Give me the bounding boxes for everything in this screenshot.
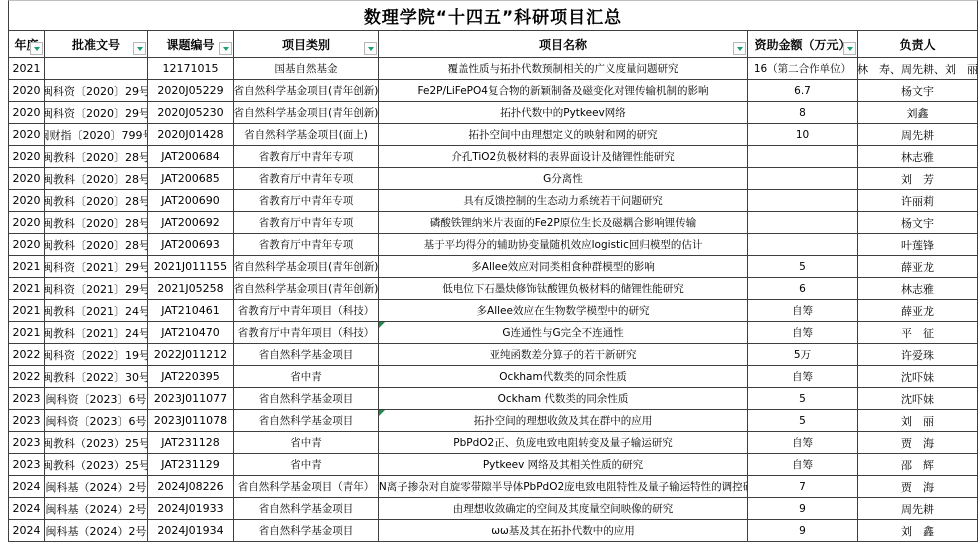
cell-text: 自筹 [792,435,813,450]
spreadsheet: 数理学院“十四五”科研项目汇总 年度批准文号课题编号项目类别项目名称资助金额（万… [8,0,978,542]
cell-text: 贾 海 [901,435,934,451]
cell-text: 平 征 [901,325,934,341]
cell-doc[interactable]: 闽科资〔2022〕19号 [45,344,148,366]
cell-text: 多Allee效应在生物数学模型中的研究 [477,303,650,318]
cell-text: 省中青 [290,435,322,450]
cell-name[interactable]: 磷酸铁锂纳米片表面的Fe2P原位生长及磁耦合影响锂传输 [379,212,748,234]
cell-text: 具有反馈控制的生态动力系统若干问题研究 [463,193,663,208]
cell-person[interactable]: 平 征 [858,322,977,344]
cell-text: 自筹 [792,325,813,340]
cell-text: JAT200690 [161,194,219,207]
cell-text: 2024 [13,502,41,515]
cell-name[interactable]: 具有反馈控制的生态动力系统若干问题研究 [379,190,748,212]
cell-text: 亚纯函数差分算子的若干新研究 [490,347,637,362]
cell-doc[interactable]: 闽科资〔2020〕29号 [45,80,148,102]
cell-amount[interactable]: 自筹 [748,366,858,388]
cell-doc[interactable]: 闽教科（2023）25号 [45,432,148,454]
cell-person[interactable]: 贾 海 [858,432,977,454]
cell-name[interactable]: 亚纯函数差分算子的若干新研究 [379,344,748,366]
cell-text: 2020 [13,84,41,97]
cell-text: 低电位下石墨炔修饰钛酸锂负极材料的储锂性能研究 [442,281,684,296]
cell-amount[interactable]: 9 [748,498,858,520]
cell-text: 周先耕 [901,501,934,517]
column-header-code[interactable]: 课题编号 [148,31,234,58]
cell-text: 拓扑代数中的Pytkeev网络 [500,105,626,120]
cell-amount[interactable] [748,234,858,256]
cell-category[interactable]: 省中青 [234,432,379,454]
cell-text: 薛亚龙 [901,303,934,319]
cell-category[interactable]: 省自然科学基金项目 [234,410,379,432]
cell-name[interactable]: 拓扑空间中由理想定义的映射和网的研究 [379,124,748,146]
cell-text: 省教育厅中青年项目（科技） [238,303,375,318]
cell-text: Fe2P/LiFePO4复合物的新颖制备及磁变化对锂传输机制的影响 [418,83,709,98]
cell-code[interactable]: 2022J011212 [148,344,234,366]
cell-text: 2023 [13,414,41,427]
column-header-doc[interactable]: 批准文号 [45,31,148,58]
cell-category[interactable]: 省自然科学基金项目(青年创新) [234,102,379,124]
cell-doc[interactable]: 闽科资〔2021〕29号 [45,256,148,278]
cell-text: 杨文宇 [901,83,934,99]
cell-code[interactable]: JAT210461 [148,300,234,322]
cell-amount[interactable]: 6 [748,278,858,300]
cell-text: 拓扑空间中由理想定义的映射和网的研究 [469,127,658,142]
cell-name[interactable]: F、N离子掺杂对自旋零带隙半导体PbPdO2庞电致电阻特性及量子输运特性的调控研… [379,476,748,498]
cell-amount[interactable]: 7 [748,476,858,498]
cell-doc[interactable]: 闽科基（2024）2号 [45,498,148,520]
filter-button[interactable] [733,42,746,55]
cell-text: 闽科基（2024）2号 [46,523,147,539]
cell-doc[interactable]: 闽科基（2024）2号 [45,520,148,542]
cell-doc[interactable]: 闽教科〔2021〕24号 [45,322,148,344]
cell-name[interactable]: Fe2P/LiFePO4复合物的新颖制备及磁变化对锂传输机制的影响 [379,80,748,102]
cell-code[interactable]: 2023J011077 [148,388,234,410]
cell-amount[interactable]: 9 [748,520,858,542]
cell-text: 闽教科〔2020〕28号 [45,149,148,165]
cell-code[interactable]: JAT200690 [148,190,234,212]
cell-category[interactable]: 省自然科学基金项目(青年创新) [234,278,379,300]
cell-code[interactable]: 2020J05229 [148,80,234,102]
cell-name[interactable]: G连通性与G完全不连通性 [379,322,748,344]
cell-text: Pytkeev 网络及其相关性质的研究 [483,457,643,472]
cell-text: 2021 [13,62,41,75]
cell-name[interactable]: Ockham 代数类的同余性质 [379,388,748,410]
cell-text: 闽财指〔2020〕799号 [45,127,148,143]
cell-doc[interactable]: 闽教科〔2022〕30号 [45,366,148,388]
cell-text: 薛亚龙 [901,259,934,275]
column-header-category[interactable]: 项目类别 [234,31,379,58]
cell-text: 省教育厅中青年专项 [259,171,354,186]
cell-year[interactable]: 2020 [9,80,45,102]
cell-year[interactable]: 2020 [9,212,45,234]
column-header-label: 项目类别 [282,36,330,53]
cell-text: 10 [796,129,809,141]
cell-category[interactable]: 省教育厅中青年项目（科技） [234,322,379,344]
cell-text: 许爱珠 [901,347,934,363]
cell-text: 5 [799,261,806,273]
cell-name[interactable]: 多Allee效应对同类相食种群模型的影响 [379,256,748,278]
cell-text: 2020 [13,238,41,251]
column-header-year[interactable]: 年度 [9,31,45,58]
cell-text: 介孔TiO2负极材料的表界面设计及储锂性能研究 [451,149,674,164]
sheet-title: 数理学院“十四五”科研项目汇总 [364,3,622,28]
cell-text: 2020 [13,106,41,119]
cell-name[interactable]: 介孔TiO2负极材料的表界面设计及储锂性能研究 [379,146,748,168]
cell-text: 2023 [13,436,41,449]
cell-person[interactable]: 薛亚龙 [858,256,977,278]
cell-doc[interactable]: 闽教科（2023）25号 [45,454,148,476]
cell-doc[interactable]: 闽科资〔2023〕6号 [45,410,148,432]
cell-text: 省自然科学基金项目(青年创新) [234,83,378,98]
cell-text: 2024J08226 [157,480,223,493]
cell-text: 覆盖性质与拓扑代数预制相关的广义度量问题研究 [448,61,679,76]
cell-name[interactable]: Pytkeev 网络及其相关性质的研究 [379,454,748,476]
cell-code[interactable]: JAT231129 [148,454,234,476]
cell-name[interactable]: G分离性 [379,168,748,190]
cell-person[interactable]: 刘 鑫 [858,520,977,542]
cell-text: 9 [799,503,806,515]
cell-text: 省教育厅中青年项目（科技） [238,325,375,340]
cell-year[interactable]: 2021 [9,278,45,300]
column-header-label: 批准文号 [72,36,120,53]
cell-person[interactable]: 沈吓妹 [858,366,977,388]
cell-text: 刘鑫 [907,105,929,121]
cell-text: 国基自然基金 [275,61,338,76]
cell-text: JAT200692 [161,216,219,229]
cell-text: 2020J01428 [157,128,223,141]
cell-text: 2020J05230 [157,106,223,119]
cell-category[interactable]: 省教育厅中青年专项 [234,212,379,234]
cell-text: 2021J011155 [154,260,227,273]
cell-amount[interactable]: 16（第二合作单位） [748,58,858,80]
cell-category[interactable]: 省教育厅中青年项目（科技） [234,300,379,322]
cell-code[interactable]: JAT200684 [148,146,234,168]
cell-name[interactable]: 由理想收敛确定的空间及其度量空间映像的研究 [379,498,748,520]
cell-text: 省教育厅中青年专项 [259,237,354,252]
cell-amount[interactable]: 8 [748,102,858,124]
filter-button[interactable] [30,42,43,55]
cell-name[interactable]: 拓扑空间的理想收敛及其在群中的应用 [379,410,748,432]
cell-doc[interactable]: 闽教科〔2020〕28号 [45,234,148,256]
cell-text: 2021 [13,326,41,339]
cell-code[interactable]: 2023J011078 [148,410,234,432]
cell-person[interactable]: 林 寿、周先耕、刘 丽 [858,58,977,80]
cell-category[interactable]: 省教育厅中青年专项 [234,190,379,212]
cell-text: 2024J01934 [157,524,223,537]
cell-code[interactable]: JAT200685 [148,168,234,190]
cell-text: 省自然科学基金项目（青年） [238,479,375,494]
cell-text: 闽科基（2024）2号 [46,501,147,517]
cell-text: 闽科资〔2020〕29号 [45,105,148,121]
cell-person[interactable]: 杨文宇 [858,80,977,102]
cell-code[interactable]: 12171015 [148,58,234,80]
column-header-label: 负责人 [899,36,935,53]
cell-text: 闽教科〔2022〕30号 [45,369,148,385]
cell-doc[interactable]: 闽科资〔2023〕6号 [45,388,148,410]
cell-code[interactable]: JAT220395 [148,366,234,388]
cell-text: 2022 [13,348,41,361]
cell-category[interactable]: 省中青 [234,454,379,476]
cell-text: 林 寿、周先耕、刘 丽 [858,61,977,77]
filter-dropdown-arrow-icon [737,47,743,51]
cell-amount[interactable] [748,146,858,168]
cell-doc[interactable] [45,58,148,80]
cell-year[interactable]: 2024 [9,498,45,520]
cell-person[interactable]: 林志雅 [858,146,977,168]
cell-year[interactable]: 2022 [9,366,45,388]
cell-code[interactable]: 2024J01934 [148,520,234,542]
cell-person[interactable]: 杨文宇 [858,212,977,234]
cell-text: 闽科资〔2020〕29号 [45,83,148,99]
cell-year[interactable]: 2021 [9,300,45,322]
cell-code[interactable]: 2024J08226 [148,476,234,498]
cell-amount[interactable]: 5 [748,256,858,278]
cell-text: 闽教科〔2020〕28号 [45,237,148,253]
cell-year[interactable]: 2023 [9,410,45,432]
cell-code[interactable]: 2021J011155 [148,256,234,278]
cell-text: 刘 丽 [901,413,934,429]
cell-amount[interactable]: 自筹 [748,300,858,322]
cell-text: 闽科基（2024）2号 [46,479,147,495]
cell-text: 省教育厅中青年专项 [259,149,354,164]
cell-text: 闽教科〔2021〕24号 [45,325,148,341]
filter-button[interactable] [219,42,232,55]
cell-text: 沈吓妹 [901,369,934,385]
cell-text: 闽教科（2023）25号 [45,435,148,451]
filter-button[interactable] [364,42,377,55]
cell-text: 省中青 [290,369,322,384]
column-header-label: 项目名称 [539,36,587,53]
cell-name[interactable]: ωω基及其在拓扑代数中的应用 [379,520,748,542]
cell-name[interactable]: 覆盖性质与拓扑代数预制相关的广义度量问题研究 [379,58,748,80]
cell-text: 杨文宇 [901,215,934,231]
cell-name[interactable]: 低电位下石墨炔修饰钛酸锂负极材料的储锂性能研究 [379,278,748,300]
cell-doc[interactable]: 闽教科〔2021〕24号 [45,300,148,322]
cell-text: 省教育厅中青年专项 [259,193,354,208]
cell-year[interactable]: 2020 [9,146,45,168]
cell-doc[interactable]: 闽教科〔2020〕28号 [45,212,148,234]
cell-text: 闽科资〔2023〕6号 [46,413,147,429]
cell-category[interactable]: 省自然科学基金项目 [234,344,379,366]
cell-amount[interactable]: 6.7 [748,80,858,102]
cell-code[interactable]: JAT231128 [148,432,234,454]
cell-year[interactable]: 2020 [9,124,45,146]
cell-category[interactable]: 省自然科学基金项目 [234,388,379,410]
cell-code[interactable]: 2021J05258 [148,278,234,300]
cell-doc[interactable]: 闽财指〔2020〕799号 [45,124,148,146]
cell-category[interactable]: 省自然科学基金项目(面上) [234,124,379,146]
column-header-amount[interactable]: 资助金额（万元） [748,31,858,58]
cell-amount[interactable] [748,212,858,234]
cell-text: 闽教科〔2021〕24号 [45,303,148,319]
cell-text: 9 [799,525,806,537]
cell-text: PbPdO2正、负庞电致电阻转变及量子输运研究 [453,435,672,450]
cell-text: 磷酸铁锂纳米片表面的Fe2P原位生长及磁耦合影响锂传输 [430,215,696,230]
cell-text: 5万 [794,347,811,362]
projects-table: 年度批准文号课题编号项目类别项目名称资助金额（万元）负责人20211217101… [9,30,977,542]
cell-code[interactable]: 2020J05230 [148,102,234,124]
cell-code[interactable]: JAT200692 [148,212,234,234]
cell-text: 自筹 [792,303,813,318]
cell-person[interactable]: 贾 海 [858,476,977,498]
cell-person[interactable]: 沈吓妹 [858,388,977,410]
filter-button[interactable] [843,42,856,55]
cell-year[interactable]: 2023 [9,432,45,454]
cell-text: 省中青 [290,457,322,472]
cell-text: 2020 [13,216,41,229]
column-header-label: 资助金额（万元） [754,36,850,53]
cell-text: 林志雅 [901,149,934,165]
cell-name[interactable]: PbPdO2正、负庞电致电阻转变及量子输运研究 [379,432,748,454]
cell-year[interactable]: 2021 [9,58,45,80]
cell-category[interactable]: 国基自然基金 [234,58,379,80]
cell-text: 2020 [13,128,41,141]
cell-person[interactable]: 薛亚龙 [858,300,977,322]
cell-year[interactable]: 2023 [9,388,45,410]
cell-text: G连通性与G完全不连通性 [502,325,623,340]
cell-category[interactable]: 省自然科学基金项目（青年） [234,476,379,498]
cell-doc[interactable]: 闽科基（2024）2号 [45,476,148,498]
cell-text: 由理想收敛确定的空间及其度量空间映像的研究 [453,501,674,516]
cell-text: 省自然科学基金项目 [259,413,354,428]
cell-text: 基于平均得分的辅助协变量随机效应logistic回归模型的估计 [424,237,703,252]
cell-name[interactable]: 拓扑代数中的Pytkeev网络 [379,102,748,124]
cell-person[interactable]: 周先耕 [858,498,977,520]
cell-text: JAT231128 [161,436,219,449]
cell-year[interactable]: 2020 [9,168,45,190]
cell-category[interactable]: 省自然科学基金项目 [234,498,379,520]
column-header-label: 课题编号 [166,36,214,53]
cell-category[interactable]: 省自然科学基金项目 [234,520,379,542]
cell-text: 2021 [13,304,41,317]
cell-text: 省自然科学基金项目 [259,501,354,516]
cell-text: G分离性 [543,171,583,186]
cell-doc[interactable]: 闽教科〔2020〕28号 [45,190,148,212]
cell-text: 周先耕 [901,127,934,143]
cell-text: 自筹 [792,457,813,472]
cell-amount[interactable]: 自筹 [748,454,858,476]
cell-text: 闽教科〔2020〕28号 [45,193,148,209]
cell-person[interactable]: 刘 丽 [858,410,977,432]
cell-text: ωω基及其在拓扑代数中的应用 [491,523,635,538]
cell-text: 闽教科（2023）25号 [45,457,148,473]
cell-doc[interactable]: 闽科资〔2021〕29号 [45,278,148,300]
cell-code[interactable]: 2020J01428 [148,124,234,146]
cell-text: 2024J01933 [157,502,223,515]
column-header-person[interactable]: 负责人 [858,31,977,58]
cell-doc[interactable]: 闽科资〔2020〕29号 [45,102,148,124]
cell-category[interactable]: 省教育厅中青年专项 [234,168,379,190]
cell-text: 闽科资〔2021〕29号 [45,281,148,297]
cell-text: 省自然科学基金项目(青年创新) [234,281,378,296]
cell-year[interactable]: 2021 [9,322,45,344]
cell-amount[interactable]: 5 [748,410,858,432]
cell-text: 闽教科〔2020〕28号 [45,215,148,231]
filter-button[interactable] [133,42,146,55]
cell-category[interactable]: 省教育厅中青年专项 [234,146,379,168]
cell-year[interactable]: 2022 [9,344,45,366]
cell-text: 沈吓妹 [901,391,934,407]
error-flag-triangle-icon [379,322,385,328]
cell-text: 2021 [13,260,41,273]
cell-amount[interactable]: 自筹 [748,322,858,344]
cell-text: 5 [799,415,806,427]
cell-text: Ockham 代数类的同余性质 [498,391,629,406]
cell-code[interactable]: 2024J01933 [148,498,234,520]
cell-year[interactable]: 2020 [9,234,45,256]
cell-text: JAT200693 [161,238,219,251]
cell-year[interactable]: 2020 [9,190,45,212]
cell-text: 2022J011212 [154,348,227,361]
cell-year[interactable]: 2020 [9,102,45,124]
cell-text: 拓扑空间的理想收敛及其在群中的应用 [474,413,653,428]
cell-text: 刘 芳 [901,171,934,187]
cell-category[interactable]: 省自然科学基金项目(青年创新) [234,80,379,102]
cell-text: JAT231129 [161,458,219,471]
cell-category[interactable]: 省教育厅中青年专项 [234,234,379,256]
cell-amount[interactable]: 自筹 [748,432,858,454]
cell-text: 2020J05229 [157,84,223,97]
cell-amount[interactable]: 10 [748,124,858,146]
cell-code[interactable]: JAT200693 [148,234,234,256]
cell-code[interactable]: JAT210470 [148,322,234,344]
cell-text: 省自然科学基金项目(面上) [244,127,368,142]
error-flag-triangle-icon [379,410,385,416]
cell-name[interactable]: Ockham代数类的同余性质 [379,366,748,388]
cell-text: 2021J05258 [157,282,223,295]
cell-person[interactable]: 许爱珠 [858,344,977,366]
cell-person[interactable]: 刘鑫 [858,102,977,124]
cell-text: 叶莲锋 [901,237,934,253]
title-row: 数理学院“十四五”科研项目汇总 [9,1,977,30]
cell-text: 2020 [13,172,41,185]
cell-person[interactable]: 周先耕 [858,124,977,146]
cell-text: 闽教科〔2020〕28号 [45,171,148,187]
cell-year[interactable]: 2024 [9,476,45,498]
cell-person[interactable]: 叶莲锋 [858,234,977,256]
cell-name[interactable]: 基于平均得分的辅助协变量随机效应logistic回归模型的估计 [379,234,748,256]
column-header-name[interactable]: 项目名称 [379,31,748,58]
cell-amount[interactable]: 5万 [748,344,858,366]
cell-person[interactable]: 刘 芳 [858,168,977,190]
cell-doc[interactable]: 闽教科〔2020〕28号 [45,146,148,168]
cell-year[interactable]: 2021 [9,256,45,278]
filter-dropdown-arrow-icon [137,47,143,51]
cell-text: 2021 [13,282,41,295]
cell-amount[interactable] [748,168,858,190]
cell-category[interactable]: 省自然科学基金项目(青年创新) [234,256,379,278]
cell-text: JAT200685 [161,172,219,185]
cell-category[interactable]: 省中青 [234,366,379,388]
cell-doc[interactable]: 闽教科〔2020〕28号 [45,168,148,190]
cell-name[interactable]: 多Allee效应在生物数学模型中的研究 [379,300,748,322]
cell-text: 2022 [13,370,41,383]
cell-text: 2023 [13,458,41,471]
cell-text: F、N离子掺杂对自旋零带隙半导体PbPdO2庞电致电阻特性及量子输运特性的调控研… [379,479,748,494]
cell-person[interactable]: 邵 辉 [858,454,977,476]
cell-text: 2023J011078 [154,414,227,427]
cell-person[interactable]: 林志雅 [858,278,977,300]
cell-year[interactable]: 2024 [9,520,45,542]
cell-text: 5 [799,393,806,405]
cell-text: 刘 鑫 [901,523,934,539]
cell-year[interactable]: 2023 [9,454,45,476]
cell-text: Ockham代数类的同余性质 [499,369,626,384]
cell-text: 省自然科学基金项目(青年创新) [234,259,378,274]
cell-amount[interactable] [748,190,858,212]
cell-amount[interactable]: 5 [748,388,858,410]
cell-person[interactable]: 许丽莉 [858,190,977,212]
cell-text: 16（第二合作单位） [754,61,851,76]
